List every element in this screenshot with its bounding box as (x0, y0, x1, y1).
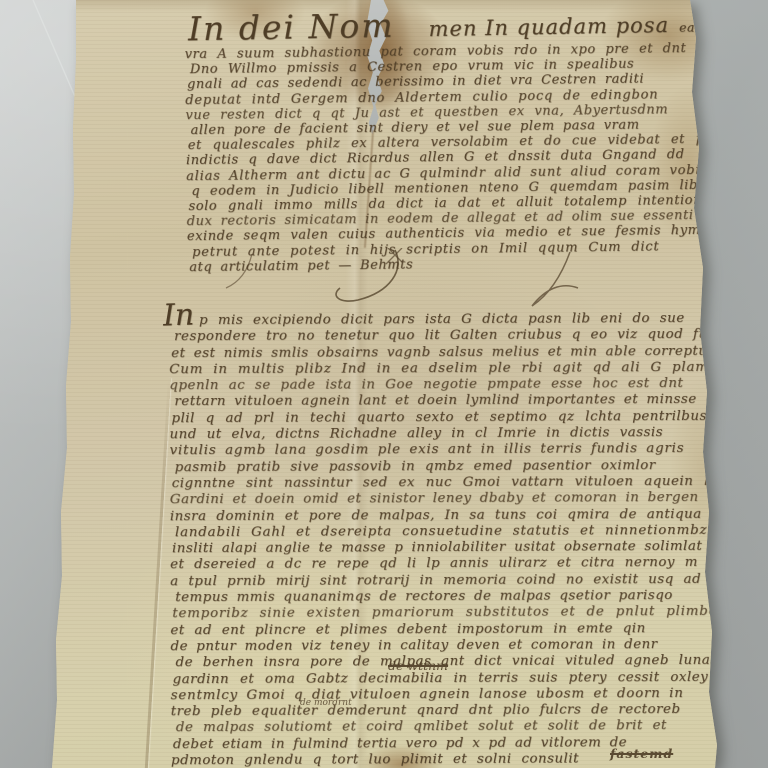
struck-word-mid: de wttnm (388, 658, 448, 673)
interlinear-insert: de mordrnt (300, 698, 352, 708)
struck-word-end: fastemd (610, 746, 673, 761)
manuscript-paper-wrapper: In dei Nommen In quadam posaead subtract… (0, 0, 768, 768)
heading-initial: In dei Nom (188, 6, 395, 49)
paragraph-1-lines: vra A suum subhastionu pat coram vobis r… (185, 41, 702, 279)
photo-background: In dei Nommen In quadam posaead subtract… (0, 0, 768, 768)
heading-rest: ead subtractionis (679, 18, 768, 35)
paragraph-2-lines: p mis excipiendo dicit pars ista G dicta… (169, 311, 713, 768)
fold-crease-left (144, 378, 171, 768)
manuscript-paper: In dei Nommen In quadam posaead subtract… (0, 0, 768, 768)
heading-after-tear: men In quadam posa (428, 13, 669, 41)
